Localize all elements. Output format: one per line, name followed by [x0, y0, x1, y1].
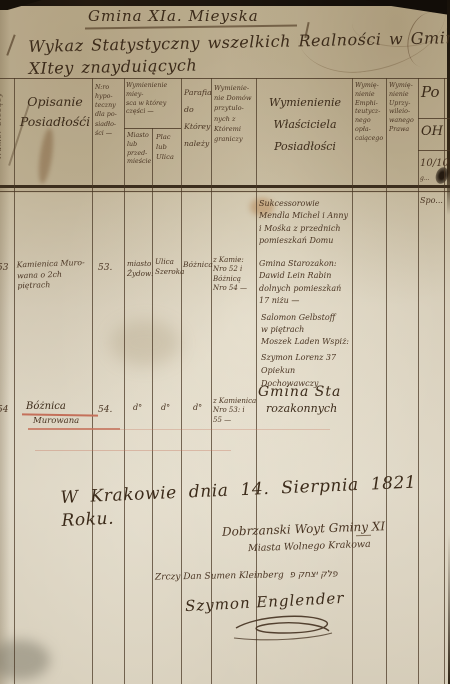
cell-property-description: Kamienica Muro- wana o 2ch piętrach	[16, 258, 93, 292]
signature-flourish	[228, 612, 340, 642]
cell-street: Ulica Szeroka	[155, 257, 181, 276]
cell-owner: Gmina Sta	[258, 383, 341, 402]
header-property-description: Opisanie Posiadłośći	[18, 92, 92, 132]
row-margin-number: 53	[0, 262, 8, 274]
header-mortgage-number: N:ro hypo- teczny dla po- siadło- ści —	[95, 83, 123, 138]
attestation-latin: Zrczy Dan Sumen Kleinberg	[155, 570, 284, 582]
table-column-line	[124, 78, 125, 684]
cell-ditto: d°	[193, 403, 202, 414]
table-column-line	[211, 78, 212, 684]
cell-adjoining: z Kamie: Nro 52 i Bóżnicą Nro 54 —	[213, 256, 255, 294]
right-col-cell-line	[418, 150, 450, 151]
cell-adjoining: z Kamienica Nro 53: i 55 —	[213, 397, 257, 425]
row-number-column-label: Numer bieżący	[0, 92, 3, 159]
table-column-line	[14, 78, 15, 684]
cell-property-description: Bóżnica	[26, 400, 66, 414]
red-underline-faint	[120, 429, 330, 430]
right-col-fragment: 10/10	[420, 157, 449, 171]
cell-house-number: 54.	[98, 404, 112, 416]
owner-note-successors: Sukcessorowie Mendla Michel i Anny i Moś…	[259, 198, 351, 248]
red-line-faint	[35, 450, 231, 451]
header-emphyteutic-rent: Wymię- nienie Emphi- teutycz- nego opła-…	[355, 82, 385, 144]
attestation-line: Zrczy Dan Sumen Kleinberg פלק יצחק פ	[155, 568, 338, 583]
header-square-or-street: Plac lub Ulica	[156, 132, 180, 163]
table-column-line	[152, 128, 153, 684]
table-column-line	[181, 78, 182, 684]
cell-ditto: d°	[161, 403, 170, 414]
table-column-line	[418, 78, 419, 684]
header-privileged-right: Wymię- nienie Uprzy- wileio- wanego Praw…	[389, 82, 417, 135]
header-parish: Parafia do Którey należy	[184, 84, 210, 153]
owner-note-tenants: Salomon Gelbstoff w piętrach Moszek Lade…	[261, 312, 353, 348]
right-col-cell-line	[418, 118, 450, 119]
row-margin-number: 54	[0, 404, 8, 416]
header-adjoining-houses: Wymienie- nie Domów przytulo- nych z Któ…	[214, 83, 256, 144]
commune-title: Gmina XIa. Mieyska	[88, 6, 259, 26]
paper-stain	[0, 640, 50, 680]
cell-house-number: 53.	[98, 262, 112, 274]
owner-note-jewish-commune: Gmina Starozakon: Dawid Lein Rabin dolny…	[259, 258, 351, 308]
header-owner: Wymienienie Właściciela Posiadłości	[260, 92, 350, 158]
cell-ditto: d°	[133, 403, 142, 414]
attestation-hebrew: פלק יצחק פ	[289, 569, 337, 580]
header-bottom-border-thick	[0, 185, 450, 188]
right-col-fragment: Spo...	[420, 196, 443, 207]
red-underline	[28, 428, 120, 430]
header-bottom-border-thin	[0, 191, 450, 192]
table-column-line	[92, 78, 93, 684]
cell-property-description: Murowana	[33, 416, 79, 427]
cell-owner: rozakonnych	[266, 402, 337, 417]
header-place: Wymienienie miey- sca w którey części —	[126, 82, 180, 117]
document-title: Wykaz Statystyczny wszelkich Realności w…	[28, 26, 450, 79]
header-town-or-suburb: Miasto lub przed- mieście	[127, 132, 151, 167]
right-col-fragment: g...	[420, 175, 430, 183]
scanned-document-page: Gmina XIa. Mieyska Wykaz Statystyczny ws…	[0, 0, 450, 684]
cell-town: miasto Żydow:	[127, 259, 153, 278]
table-top-border	[0, 78, 447, 79]
right-col-fragment: OH	[421, 123, 443, 141]
paper-stain	[110, 320, 180, 366]
right-col-fragment: Po	[421, 82, 440, 102]
table-column-line	[386, 78, 387, 684]
numeral-underline	[356, 535, 371, 537]
cell-parish: Bóżnica	[183, 260, 213, 270]
